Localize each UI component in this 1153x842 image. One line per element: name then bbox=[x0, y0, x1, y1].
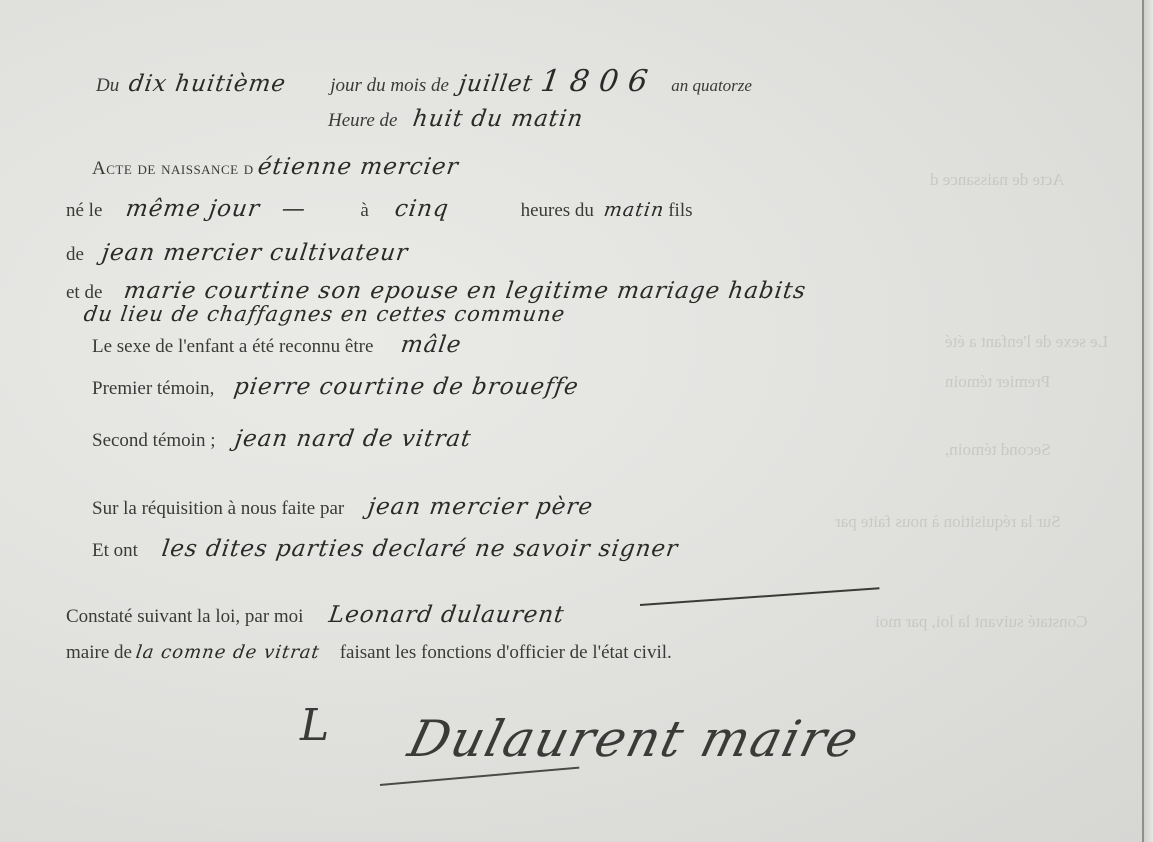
hand-birth-day: même jour bbox=[125, 196, 263, 222]
hand-day: dix huitième bbox=[127, 71, 288, 97]
mother-line: et de marie courtine son epouse en legit… bbox=[66, 278, 807, 304]
printed-a: à bbox=[360, 200, 368, 221]
printed-fils: fils bbox=[668, 200, 692, 221]
mayor-line: maire de la comne de vitrat faisant les … bbox=[66, 642, 672, 664]
hand-birth-period: matin bbox=[602, 199, 665, 221]
declaration-line: Et ont les dites parties declaré ne savo… bbox=[92, 536, 678, 562]
hand-witness2: jean nard de vitrat bbox=[234, 426, 474, 452]
ghost-text: Premier témoin bbox=[945, 372, 1050, 392]
printed-heure-de: Heure de bbox=[328, 110, 397, 131]
hand-month: juillet bbox=[457, 71, 535, 97]
printed-requisition: Sur la réquisition à nous faite par bbox=[92, 498, 344, 519]
hand-mother-line1: marie courtine son epouse en legitime ma… bbox=[123, 278, 809, 304]
printed-ne-le: né le bbox=[66, 200, 102, 221]
printed-et-de: et de bbox=[66, 282, 102, 303]
father-line: de jean mercier cultivateur bbox=[66, 240, 408, 266]
ghost-text: Second témoin, bbox=[945, 440, 1051, 460]
document-page: Acte de naissance d Le sexe de l'enfant … bbox=[0, 0, 1153, 842]
printed-officier-etat-civil: faisant les fonctions d'officier de l'ét… bbox=[340, 642, 672, 663]
hour-line: Heure de huit du matin bbox=[328, 106, 584, 132]
printed-sex: Le sexe de l'enfant a été reconnu être bbox=[92, 336, 373, 357]
hand-year: 1806 bbox=[538, 64, 659, 99]
date-line: Du dix huitième jour du mois de juillet … bbox=[96, 64, 752, 99]
adjacent-page-edge bbox=[1144, 0, 1153, 842]
ghost-text: Sur la réquisition à nous faite par bbox=[835, 512, 1061, 532]
birth-line: né le même jour — à cinq heures du matin… bbox=[66, 196, 693, 222]
signature-flourish bbox=[380, 767, 579, 786]
dash: — bbox=[281, 196, 309, 222]
hand-mayor-commune: la comne de vitrat bbox=[134, 642, 321, 663]
printed-witness1: Premier témoin, bbox=[92, 378, 214, 399]
hand-officer: Leonard dulaurent bbox=[328, 602, 567, 628]
officer-line: Constaté suivant la loi, par moi Leonard… bbox=[66, 602, 565, 628]
hand-child-name: étienne mercier bbox=[256, 154, 460, 180]
printed-et-ont: Et ont bbox=[92, 540, 138, 561]
hand-requisition: jean mercier père bbox=[366, 494, 595, 520]
printed-acte-title: Acte de naissance d bbox=[92, 158, 254, 179]
hand-birth-hour: cinq bbox=[393, 196, 450, 222]
printed-officer: Constaté suivant la loi, par moi bbox=[66, 606, 303, 627]
printed-de: de bbox=[66, 244, 84, 265]
hand-mother-line2: du lieu de chaffagnes en cettes commune bbox=[82, 302, 567, 326]
printed-du: Du bbox=[96, 75, 119, 96]
signature-mark: L bbox=[300, 700, 329, 751]
requisition-line: Sur la réquisition à nous faite par jean… bbox=[92, 494, 593, 520]
ghost-text: Constaté suivant la loi, par moi bbox=[875, 612, 1087, 632]
ghost-text: Acte de naissance d bbox=[930, 170, 1065, 190]
mayor-signature: Dulaurent maire bbox=[403, 710, 866, 768]
printed-jour-du-mois: jour du mois de bbox=[330, 75, 449, 96]
hand-declaration: les dites parties declaré ne savoir sign… bbox=[160, 536, 680, 562]
hand-father: jean mercier cultivateur bbox=[100, 240, 410, 266]
hand-hour: huit du matin bbox=[412, 106, 586, 132]
ghost-text: Le sexe de l'enfant a été bbox=[945, 332, 1108, 352]
printed-heures-du: heures du bbox=[521, 200, 594, 221]
hand-witness1: pierre courtine de broueffe bbox=[233, 374, 581, 400]
printed-an-quatorze: an quatorze bbox=[671, 76, 752, 95]
printed-maire-de: maire de bbox=[66, 642, 132, 663]
flourish-stroke bbox=[640, 587, 880, 606]
witness1-line: Premier témoin, pierre courtine de broue… bbox=[92, 374, 579, 400]
hand-sex: mâle bbox=[400, 332, 464, 358]
acte-title-line: Acte de naissance d étienne mercier bbox=[92, 154, 458, 180]
sex-line: Le sexe de l'enfant a été reconnu être m… bbox=[92, 332, 462, 358]
witness2-line: Second témoin ; jean nard de vitrat bbox=[92, 426, 472, 452]
printed-witness2: Second témoin ; bbox=[92, 430, 215, 451]
mother-line-2: du lieu de chaffagnes en cettes commune bbox=[84, 302, 565, 326]
